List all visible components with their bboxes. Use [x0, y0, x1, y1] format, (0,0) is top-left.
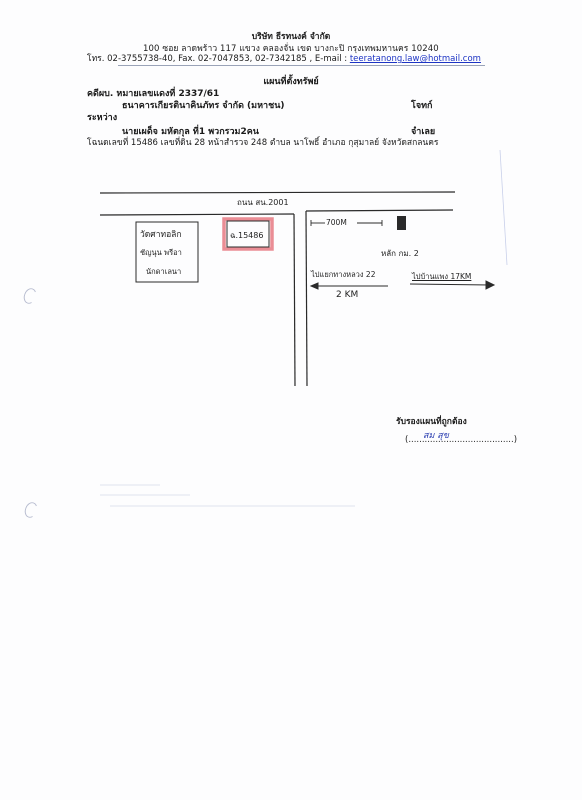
- left-distance-label: 2 KM: [336, 290, 358, 300]
- landmark-line-3: นักดาเลนา: [146, 266, 181, 278]
- road-label: ถนน สน.2001: [237, 196, 289, 209]
- landmark-line-2: ชัญนุน พรีอา: [140, 247, 182, 259]
- scan-edge-line: [500, 150, 507, 265]
- bleed-through: [100, 494, 190, 496]
- signature-line: (.......................................…: [405, 435, 517, 445]
- parcel-label: ฉ.15486: [230, 229, 263, 242]
- landmark-line-1: วัดศาทอลิก: [140, 227, 182, 241]
- location-map: [0, 0, 582, 800]
- right-direction-label: ไปบ้านแพง 17KM: [412, 271, 471, 283]
- left-direction-label: ไปแยกทางหลวง 22: [311, 269, 375, 281]
- bleed-through: [255, 505, 355, 507]
- signature: สม สุข: [423, 428, 449, 442]
- km-marker-icon: [397, 216, 406, 230]
- km-marker-label: หลัก กม. 2: [381, 247, 419, 260]
- left-direction-arrow: [311, 283, 388, 289]
- distance-top: 700M: [326, 218, 347, 227]
- bleed-through: [100, 484, 160, 486]
- certify-label: รับรองแผนที่ถูกต้อง: [396, 414, 467, 428]
